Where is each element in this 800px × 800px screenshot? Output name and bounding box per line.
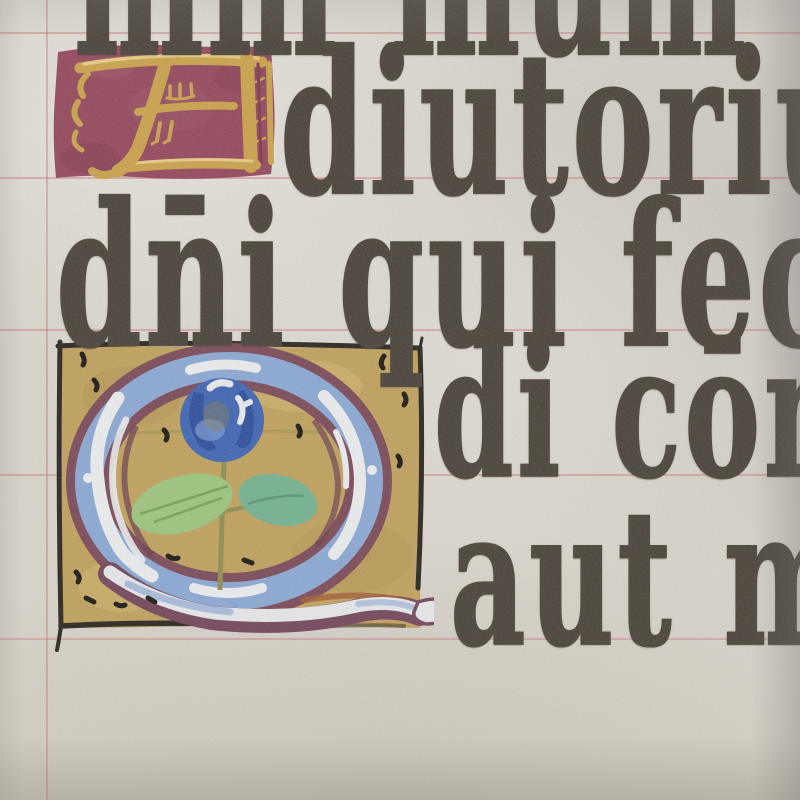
margin-ruling-line bbox=[46, 0, 48, 800]
text-line-aut: aut m bbox=[450, 485, 800, 673]
manuscript-page-photo: mm mum muuu um diutoriu dn̄i qui fecit d… bbox=[0, 0, 800, 800]
